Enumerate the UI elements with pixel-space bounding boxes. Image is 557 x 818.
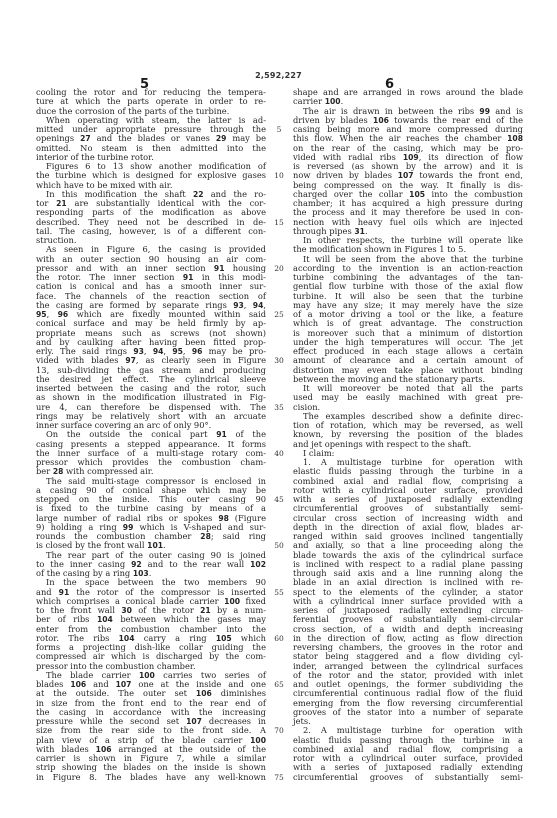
- reference-numeral: 100: [325, 97, 341, 106]
- patent-number: 2,592,227: [0, 71, 557, 80]
- gutter-line-number: 70: [271, 726, 287, 735]
- reference-numeral: 102: [250, 560, 266, 569]
- gutter-line-number: 45: [271, 495, 287, 504]
- reference-numeral: 27: [80, 134, 91, 143]
- gutter-line-number: 75: [271, 773, 287, 782]
- reference-numeral: 28: [200, 532, 211, 541]
- gutter-line-number: 35: [271, 403, 287, 412]
- left-text-column: cooling the rotor and for reducing the t…: [36, 88, 266, 782]
- gutter-line-number: 55: [271, 588, 287, 597]
- reference-numeral: 91: [216, 430, 227, 439]
- right-text-column: shape and are arranged in rows around th…: [293, 88, 523, 782]
- gutter-line-number: 15: [271, 218, 287, 227]
- text-line: shape and are arranged in rows around th…: [293, 88, 523, 97]
- gutter-line-number: 40: [271, 449, 287, 458]
- text-line: grooves of the stator into a number of s…: [293, 708, 523, 717]
- reference-numeral: 106: [196, 689, 212, 698]
- reference-numeral: 97: [125, 356, 136, 365]
- gutter-line-number: 10: [271, 171, 287, 180]
- text-line: in Figure 8. The blades have any well-kn…: [36, 773, 266, 782]
- text-line: circumferential grooves of substantially…: [293, 773, 523, 782]
- gutter-line-number: 5: [271, 125, 287, 134]
- gutter-line-number: 25: [271, 310, 287, 319]
- reference-numeral: 29: [216, 134, 227, 143]
- reference-numeral: 107: [398, 171, 414, 180]
- reference-numeral: 101: [147, 541, 163, 550]
- gutter-line-number: 30: [271, 356, 287, 365]
- gutter-line-number: 60: [271, 634, 287, 643]
- text-line: used may be easily machined with great p…: [293, 393, 523, 402]
- gutter-line-number: 65: [271, 680, 287, 689]
- reference-numeral: 108: [507, 134, 523, 143]
- gutter-line-number: 20: [271, 264, 287, 273]
- reference-numeral: 104: [97, 615, 113, 624]
- gutter-line-number: 50: [271, 541, 287, 550]
- reference-numeral: 28: [53, 467, 64, 476]
